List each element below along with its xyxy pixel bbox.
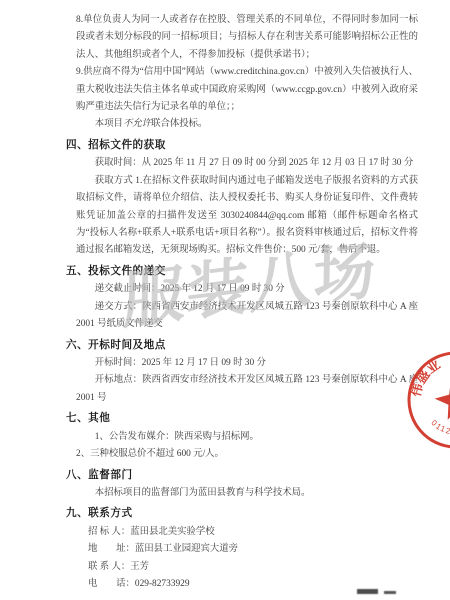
submission-deadline-line: 递交截止时间：2025 年 12 月 17 日 09 时 30 分 <box>76 281 418 298</box>
opening-time-line: 开标时间：2025 年 12 月 17 日 09 时 30 分 <box>76 355 418 372</box>
clause-9: 9.供应商不得为“信用中国”网站（www.creditchina.gov.cn）… <box>76 64 418 116</box>
clause-8: 8.单位负责人为同一人或者存在控股、管理关系的不同单位，不得同时参加同一标段或者… <box>76 12 418 64</box>
svg-text:伟盛业: 伟盛业 <box>401 355 449 401</box>
contact-person-line: 联 系 人：王芳 <box>88 559 418 576</box>
note-prefix: 本项目 <box>95 119 123 129</box>
obtain-method-paragraph: 获取方式 1.在招标文件获取时间内通过电子邮箱发送电子版报名资料的方式获取招标文… <box>76 173 418 260</box>
footer-mark <box>357 589 378 594</box>
note-suffix: 联合体投标。 <box>151 119 207 129</box>
supervision-body-line: 本招标项目的监督部门为蓝田县教育与科学技术局。 <box>76 485 418 502</box>
submission-method-line: 递交方式：陕西省西安市经济技术开发区凤城五路 123 号秦创原软科中心 A 座 … <box>76 299 418 334</box>
contact-bidder-line: 招 标 人：蓝田县北美实验学校 <box>88 524 418 541</box>
section-heading-bid-submission: 五、投标文件的递交 <box>66 263 418 281</box>
official-seal: 伟盛业 0112028 <box>392 336 450 464</box>
seal-arc-text: 伟盛业 <box>401 355 449 401</box>
footer-mark-dash <box>384 591 396 594</box>
section-heading-contact: 九、联系方式 <box>66 505 418 523</box>
section-heading-supervision: 八、监督部门 <box>66 467 418 485</box>
no-consortium-note: 本项目不允许联合体投标。 <box>76 116 418 133</box>
other-item-1: 1、公告发布媒介：陕西采购与招标网。 <box>76 429 418 446</box>
obtain-time-line: 获取时间：从 2025 年 11 月 27 日 09 时 00 分到 2025 … <box>76 155 418 172</box>
section-heading-other: 七、其他 <box>66 410 418 428</box>
contact-block: 招 标 人：蓝田县北美实验学校 地 址：蓝田县工业园迎宾大道旁 联 系 人：王芳… <box>64 524 418 594</box>
section-heading-bid-opening: 六、开标时间及地点 <box>66 337 418 355</box>
document-body: 8.单位负责人为同一人或者存在控股、管理关系的不同单位，不得同时参加同一标段或者… <box>64 12 418 594</box>
other-item-2: 2、三种校服总价不超过 600 元/人。 <box>76 446 418 463</box>
section-heading-obtain-documents: 四、招标文件的获取 <box>66 137 418 155</box>
seal-star-icon <box>431 375 450 422</box>
note-emphasis: 不允许 <box>123 119 151 129</box>
opening-place-line: 开标地点：陕西省西安市经济技术开发区凤城五路 123 号秦创原软科中心 A 座 … <box>76 372 418 407</box>
document-page: 服装八场 8.单位负责人为同一人或者存在控股、管理关系的不同单位，不得同时参加同… <box>0 0 450 600</box>
contact-address-line: 地 址：蓝田县工业园迎宾大道旁 <box>88 541 418 558</box>
